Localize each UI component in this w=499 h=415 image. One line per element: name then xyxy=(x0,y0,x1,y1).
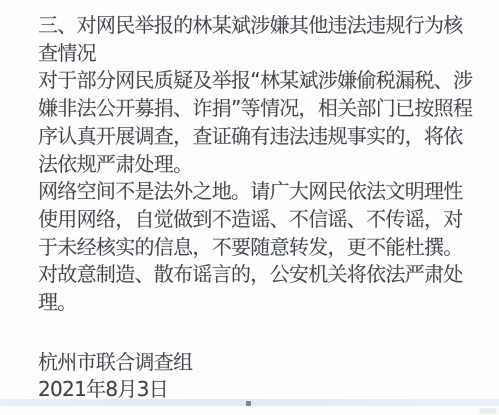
body-line: 对故意制造、散布谣言的，公安机关将依法严肃处 xyxy=(38,261,464,289)
body-line: 网络空间不是法外之地。请广大网民依法文明理性 xyxy=(38,178,464,206)
heading-line: 查情况 xyxy=(38,40,464,68)
section-heading: 三、对网民举报的林某斌涉嫌其他违法违规行为核 查情况 xyxy=(38,12,464,67)
compression-band-artifact xyxy=(0,399,499,406)
body-line: 使用网络，自觉做到不造谣、不信谣、不传谣，对 xyxy=(38,206,464,234)
body-line: 于未经核实的信息，不要随意转发，更不能杜撰。 xyxy=(38,234,464,262)
corner-smudge-artifact xyxy=(479,408,497,414)
paragraph-investigation: 对于部分网民质疑及举报“林某斌涉嫌偷税漏税、涉 嫌非法公开募捐、诈捐”等情况，相… xyxy=(38,67,464,178)
signature-org: 杭州市联合调查组 xyxy=(38,349,464,377)
body-line: 嫌非法公开募捐、诈捐”等情况，相关部门已按照程 xyxy=(38,95,464,123)
body-line: 序认真开展调查，查证确有违法违规事实的，将依 xyxy=(38,123,464,151)
body-line: 理。 xyxy=(38,289,464,317)
announcement-text: 三、对网民举报的林某斌涉嫌其他违法违规行为核 查情况 对于部分网民质疑及举报“林… xyxy=(38,12,464,404)
signature-block: 杭州市联合调查组 2021年8月3日 xyxy=(38,349,464,404)
body-line: 法依规严肃处理。 xyxy=(38,151,464,179)
paragraph-warning: 网络空间不是法外之地。请广大网民依法文明理性 使用网络，自觉做到不造谣、不信谣、… xyxy=(38,178,464,317)
heading-line: 三、对网民举报的林某斌涉嫌其他违法违规行为核 xyxy=(38,12,464,40)
body-line: 对于部分网民质疑及举报“林某斌涉嫌偷税漏税、涉 xyxy=(38,67,464,95)
